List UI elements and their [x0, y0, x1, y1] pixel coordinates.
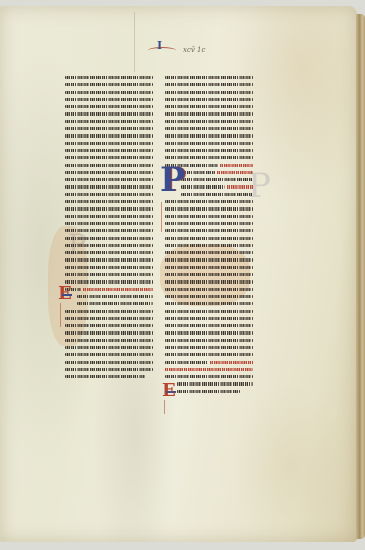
- text-ink: [65, 368, 153, 371]
- text-line: [165, 74, 254, 81]
- text-ink: [65, 149, 153, 152]
- text-line: [65, 147, 153, 154]
- text-line: [65, 140, 153, 147]
- text-ink: [165, 288, 253, 291]
- text-ink: [165, 258, 253, 261]
- text-ink: [65, 200, 153, 203]
- text-line: [165, 132, 254, 139]
- text-line: [65, 315, 153, 322]
- text-line: [165, 308, 254, 315]
- text-ink: [65, 375, 145, 378]
- text-ink: [177, 382, 253, 385]
- text-line: [165, 256, 254, 263]
- text-ink: [165, 83, 253, 86]
- text-ink: [165, 156, 253, 159]
- text-line: [65, 235, 153, 242]
- text-ink: [65, 83, 153, 86]
- initial-penwork: [60, 303, 61, 327]
- text-ink: [65, 112, 153, 115]
- text-line: [65, 169, 153, 176]
- book-block-edge: [356, 14, 365, 539]
- text-ink: [165, 237, 253, 240]
- text-ink: [65, 244, 153, 247]
- text-ink: [65, 120, 153, 123]
- text-ink: [65, 185, 153, 188]
- text-line: [65, 373, 153, 380]
- text-line: [165, 300, 254, 307]
- text-line: [165, 388, 254, 395]
- text-ink: [165, 142, 253, 145]
- text-ink: [165, 302, 253, 305]
- text-ink: [165, 91, 253, 94]
- initial-penwork: [161, 202, 162, 232]
- text-ink: [165, 222, 253, 225]
- text-ink: [165, 353, 253, 356]
- initial-penwork: [164, 400, 165, 414]
- text-ink: [65, 171, 153, 174]
- text-line: [165, 380, 254, 387]
- text-line: [165, 220, 254, 227]
- text-line: [65, 213, 153, 220]
- text-line: [165, 235, 254, 242]
- text-ink: [165, 134, 253, 137]
- text-ink: [165, 324, 253, 327]
- text-ink: [65, 142, 153, 145]
- text-line: [65, 242, 153, 249]
- text-column-left: [65, 74, 153, 380]
- text-ink: [65, 215, 153, 218]
- text-ink: [165, 200, 253, 203]
- rubric-text: [165, 368, 253, 371]
- text-line: [165, 110, 254, 117]
- text-ink: [65, 127, 153, 130]
- text-ink: [165, 310, 253, 313]
- text-ink: [165, 127, 253, 130]
- text-line: [165, 249, 254, 256]
- text-ink: [65, 251, 153, 254]
- text-ink: [65, 207, 153, 210]
- text-line: [165, 351, 254, 358]
- text-line: [65, 344, 153, 351]
- rubric-text: [220, 164, 253, 167]
- text-ink: [65, 353, 153, 356]
- text-ink: [165, 215, 253, 218]
- text-line: [65, 271, 153, 278]
- text-ink: [181, 171, 215, 174]
- text-ink: [65, 134, 153, 137]
- text-line: [165, 286, 254, 293]
- text-line: [65, 205, 153, 212]
- text-ink: [65, 339, 153, 342]
- text-line: [165, 315, 254, 322]
- decorated-initial-e-left: E: [58, 285, 72, 303]
- text-line: [65, 96, 153, 103]
- text-ink: [65, 324, 153, 327]
- text-line: [165, 205, 254, 212]
- text-line: [65, 256, 153, 263]
- text-ink: [165, 331, 253, 334]
- text-line: [65, 125, 153, 132]
- text-ink: [65, 178, 153, 181]
- text-ink: [165, 120, 253, 123]
- manuscript-page: I xcv̄ 1c P P P E E: [0, 6, 357, 542]
- running-header-letter: I: [157, 39, 162, 52]
- text-line: [165, 337, 254, 344]
- text-line: [65, 132, 153, 139]
- text-ink: [65, 310, 153, 313]
- text-line: [165, 329, 254, 336]
- text-line: [65, 81, 153, 88]
- text-ink: [65, 280, 153, 283]
- text-line: [165, 359, 254, 366]
- gutter-fold: [134, 12, 135, 72]
- text-line: [165, 118, 254, 125]
- text-line: [65, 264, 153, 271]
- text-ink: [165, 361, 208, 364]
- text-ink: [65, 76, 153, 79]
- text-line: [65, 162, 153, 169]
- text-line: [165, 344, 254, 351]
- text-line: [65, 191, 153, 198]
- text-ink: [165, 149, 253, 152]
- folio-number: xcv̄ 1c: [183, 46, 205, 54]
- text-line: [65, 74, 153, 81]
- text-line: [65, 176, 153, 183]
- text-ink: [65, 105, 153, 108]
- text-line: [65, 227, 153, 234]
- text-line: [65, 351, 153, 358]
- text-line: [165, 242, 254, 249]
- text-line: [165, 227, 254, 234]
- text-ink: [165, 76, 253, 79]
- text-ink: [165, 98, 253, 101]
- text-ink: [77, 302, 153, 305]
- text-line: [165, 103, 254, 110]
- text-ink: [165, 105, 253, 108]
- text-line: [165, 293, 254, 300]
- text-line: [65, 337, 153, 344]
- text-line: [165, 264, 254, 271]
- text-line: [65, 110, 153, 117]
- text-ink: [165, 266, 253, 269]
- text-ink: [65, 229, 153, 232]
- text-ink: [65, 317, 153, 320]
- text-line: [65, 293, 153, 300]
- text-line: [165, 271, 254, 278]
- text-line: [165, 89, 254, 96]
- decorated-initial-p: P: [160, 163, 186, 197]
- text-ink: [65, 346, 153, 349]
- text-line: [65, 329, 153, 336]
- text-ink: [65, 273, 153, 276]
- text-line: [65, 198, 153, 205]
- text-line: [165, 140, 254, 147]
- text-ink: [65, 91, 153, 94]
- text-ink: [165, 339, 253, 342]
- text-line: [165, 278, 254, 285]
- initial-bar: [62, 294, 72, 296]
- text-ink: [181, 178, 253, 181]
- text-ink: [65, 361, 153, 364]
- text-ink: [65, 98, 153, 101]
- text-ink: [181, 193, 253, 196]
- text-line: [65, 103, 153, 110]
- initial-bar: [166, 391, 176, 393]
- text-ink: [65, 193, 153, 196]
- text-line: [65, 183, 153, 190]
- text-ink: [165, 295, 253, 298]
- text-ink: [165, 112, 253, 115]
- text-ink: [65, 156, 153, 159]
- text-line: [65, 89, 153, 96]
- text-line: [65, 308, 153, 315]
- text-ink: [65, 237, 153, 240]
- text-ink: [65, 258, 153, 261]
- text-ink: [165, 229, 253, 232]
- rubric-text: [227, 185, 253, 188]
- text-line: [65, 278, 153, 285]
- text-line: [65, 154, 153, 161]
- running-header: I: [148, 42, 176, 54]
- text-line: [165, 125, 254, 132]
- rubric-text: [83, 288, 153, 291]
- text-ink: [165, 273, 253, 276]
- text-ink: [77, 295, 153, 298]
- text-ink: [165, 346, 253, 349]
- text-line: [65, 300, 153, 307]
- text-ink: [165, 280, 253, 283]
- text-ink: [65, 331, 153, 334]
- text-line: [65, 322, 153, 329]
- text-line: [65, 118, 153, 125]
- rubric-text: [210, 361, 253, 364]
- text-ink: [165, 207, 253, 210]
- text-line: [65, 249, 153, 256]
- decorated-initial-e-right: E: [162, 382, 176, 400]
- text-line: [165, 322, 254, 329]
- text-line: [165, 213, 254, 220]
- text-ink: [165, 375, 253, 378]
- text-line: [165, 147, 254, 154]
- text-ink: [165, 244, 253, 247]
- text-line: [165, 366, 254, 373]
- text-ink: [165, 251, 253, 254]
- text-line: [165, 81, 254, 88]
- text-line: [165, 373, 254, 380]
- text-ink: [177, 390, 240, 393]
- text-ink: [181, 185, 225, 188]
- text-ink: [65, 164, 153, 167]
- text-line: [65, 359, 153, 366]
- text-ink: [65, 222, 153, 225]
- text-line: [65, 366, 153, 373]
- rubric-text: [217, 171, 253, 174]
- text-line: [65, 220, 153, 227]
- text-ink: [65, 266, 153, 269]
- text-line: [165, 96, 254, 103]
- text-line: [65, 286, 153, 293]
- text-column-right: [165, 74, 254, 395]
- text-ink: [165, 317, 253, 320]
